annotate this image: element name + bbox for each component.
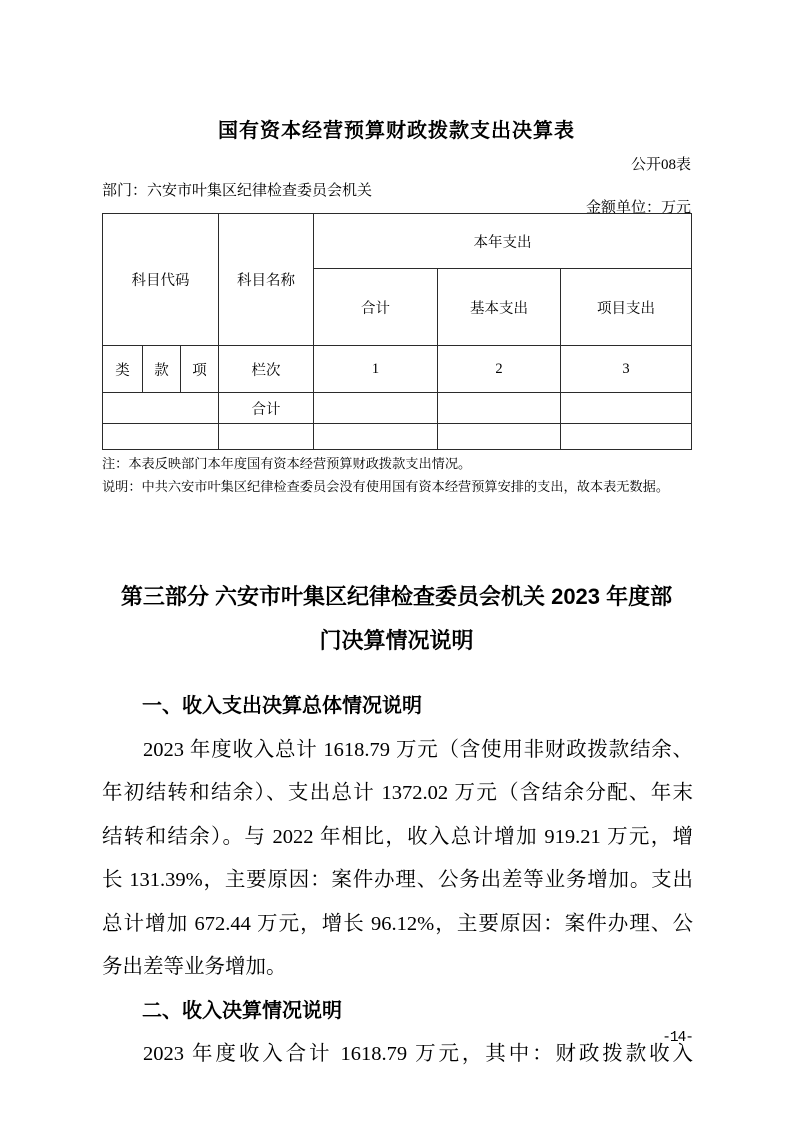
column-number-3: 3 (561, 346, 692, 393)
item-header: 项 (181, 346, 219, 393)
table-note-1: 注：本表反映部门本年度国有资本经营预算财政拨款支出情况。 (102, 453, 693, 476)
document-page: 国有资本经营预算财政拨款支出决算表 公开08表 部门：六安市叶集区纪律检查委员会… (0, 0, 793, 1122)
column-label-header: 栏次 (219, 346, 314, 393)
table-number-label: 公开08表 (102, 153, 691, 174)
row-total-cell (314, 393, 438, 424)
row-basic-cell (438, 393, 561, 424)
row-project-cell (561, 393, 692, 424)
row-total-cell (314, 424, 438, 450)
page-number: -14- (102, 1030, 693, 1046)
column-number-2: 2 (438, 346, 561, 393)
table-row (103, 424, 692, 450)
paragraph-line: 总计增加 672.44 万元，增长 96.12%，主要原因：案件办理、公 (102, 903, 693, 947)
subsection-1-heading: 一、收入支出决算总体情况说明 (102, 685, 693, 729)
document-title: 国有资本经营预算财政拨款支出决算表 (0, 114, 793, 143)
paragraph-line: 结转和结余）。与 2022 年相比，收入总计增加 919.21 万元，增 (102, 816, 693, 860)
table-header-row-1: 科目代码 科目名称 本年支出 (103, 214, 692, 269)
expenditure-table: 科目代码 科目名称 本年支出 合计 基本支出 项目支出 类 款 项 栏次 1 2… (102, 213, 692, 450)
paragraph-line: 2023 年度收入总计 1618.79 万元（含使用非财政拨款结余、 (102, 729, 693, 773)
table-note-2: 说明：中共六安市叶集区纪律检查委员会没有使用国有资本经营预算安排的支出，故本表无… (102, 476, 693, 499)
subject-code-header: 科目代码 (103, 214, 219, 346)
paragraph-line: 务出差等业务增加。 (102, 946, 693, 990)
part-three-heading: 第三部分 六安市叶集区纪律检查委员会机关 2023 年度部 门决算情况说明 (99, 575, 694, 663)
section-header: 款 (143, 346, 181, 393)
row-project-cell (561, 424, 692, 450)
part-three-heading-line1: 第三部分 六安市叶集区纪律检查委员会机关 2023 年度部 (99, 575, 694, 619)
row-code-cell (103, 393, 219, 424)
table-notes: 注：本表反映部门本年度国有资本经营预算财政拨款支出情况。 说明：中共六安市叶集区… (102, 453, 693, 498)
project-expenditure-header: 项目支出 (561, 269, 692, 346)
row-name-cell: 合计 (219, 393, 314, 424)
row-code-cell (103, 424, 219, 450)
paragraph-line: 年初结转和结余）、支出总计 1372.02 万元（含结余分配、年末 (102, 772, 693, 816)
column-number-1: 1 (314, 346, 438, 393)
subsection-2-heading: 二、收入决算情况说明 (102, 990, 693, 1034)
table-header-row-3: 类 款 项 栏次 1 2 3 (103, 346, 692, 393)
category-header: 类 (103, 346, 143, 393)
total-header: 合计 (314, 269, 438, 346)
row-basic-cell (438, 424, 561, 450)
explanation-body: 一、收入支出决算总体情况说明 2023 年度收入总计 1618.79 万元（含使… (102, 685, 693, 1077)
subject-name-header: 科目名称 (219, 214, 314, 346)
current-year-expenditure-header: 本年支出 (314, 214, 692, 269)
paragraph-line: 长 131.39%，主要原因：案件办理、公务出差等业务增加。支出 (102, 859, 693, 903)
row-name-cell (219, 424, 314, 450)
part-three-heading-line2: 门决算情况说明 (99, 619, 694, 663)
basic-expenditure-header: 基本支出 (438, 269, 561, 346)
table-row: 合计 (103, 393, 692, 424)
